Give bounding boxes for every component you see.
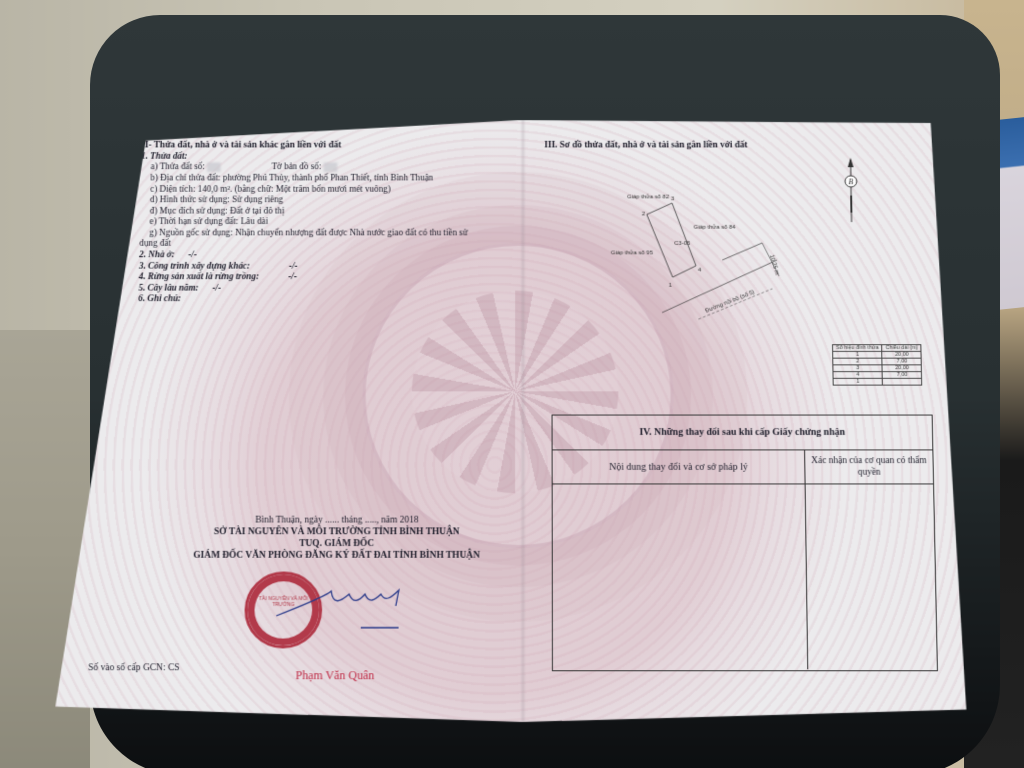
svg-text:4: 4 <box>698 268 702 274</box>
handwritten-signature <box>271 576 421 635</box>
origin-row: g) Nguồn gốc sử dụng: Nhận chuyển nhượng… <box>139 229 529 240</box>
land-heading: 1. Thửa đất: <box>141 152 530 163</box>
table-row: 120,00 <box>833 351 922 358</box>
col-vertex: Số hiệu đỉnh thửa <box>833 345 883 352</box>
forest-row: 4. Rừng sản xuất là rừng trồng:-/- <box>139 273 530 284</box>
svg-text:B: B <box>848 177 853 186</box>
parcel-number-row: a) Thửa đất số: Tờ bản đồ số: <box>141 163 530 174</box>
section-3-title: III. Sơ đồ thửa đất, nhà ở và tài sản gắ… <box>544 141 747 150</box>
signature-block: Bình Thuận, ngày ...... tháng ....., năm… <box>158 515 515 562</box>
svg-text:2: 2 <box>642 212 645 218</box>
usage-form-row: d) Hình thức sử dụng: Sử dụng riêng <box>140 196 530 207</box>
signer-title: GIÁM ĐỐC VĂN PHÒNG ĐĂNG KÝ ĐẤT ĐAI TỈNH … <box>158 550 515 562</box>
svg-text:1: 1 <box>669 283 672 289</box>
note-row: 6. Ghi chú: <box>138 295 530 306</box>
svg-text:C3-05: C3-05 <box>674 241 691 247</box>
svg-text:Giáp thửa số 84: Giáp thửa số 84 <box>694 224 737 231</box>
col-length: Chiều dài (m) <box>882 345 921 352</box>
origin-row-cont: dụng đất <box>139 240 530 251</box>
col-change-content: Nội dung thay đổi và cơ sở pháp lý <box>553 450 806 483</box>
svg-text:Giáp thửa số 82: Giáp thửa số 82 <box>627 194 669 201</box>
land-certificate-document: II- Thửa đất, nhà ở và tài sản khác gắn … <box>55 120 990 722</box>
col-authority-confirmation: Xác nhận của cơ quan có thẩm quyền <box>805 450 933 483</box>
address-row: b) Địa chỉ thửa đất: phường Phú Thủy, th… <box>141 174 530 185</box>
change-content-cell <box>553 484 809 669</box>
section-2: II- Thửa đất, nhà ở và tài sản khác gắn … <box>138 141 530 306</box>
house-row: 2. Nhà ở:-/- <box>139 251 530 262</box>
svg-text:Đường nội bộ (số 5): Đường nội bộ (số 5) <box>705 290 756 315</box>
svg-text:3: 3 <box>671 196 675 202</box>
edge-lengths-table: Số hiệu đỉnh thửa Chiều dài (m) 120,00 2… <box>832 344 923 385</box>
signer-name: Phạm Văn Quân <box>295 668 374 683</box>
usage-purpose-row: đ) Mục đích sử dụng: Đất ở tại đô thị <box>140 207 530 218</box>
section-2-title: II- Thửa đất, nhà ở và tài sản khác gắn … <box>141 141 530 152</box>
table-row: 47,00 <box>833 372 922 379</box>
registry-number: Số vào sổ cấp GCN: CS <box>88 663 180 673</box>
issuing-department: SỞ TÀI NGUYÊN VÀ MÔI TRƯỜNG TỈNH BÌNH TH… <box>158 526 515 538</box>
area-row: c) Diện tích: 140,0 m². (bằng chữ: Một t… <box>140 185 529 196</box>
section-4-changes-table: IV. Những thay đổi sau khi cấp Giấy chứn… <box>552 415 938 672</box>
usage-term-row: e) Thời hạn sử dụng đất: Lâu dài <box>140 218 530 229</box>
svg-text:10,25 m: 10,25 m <box>768 254 779 276</box>
svg-text:Giáp thửa số 95: Giáp thửa số 95 <box>611 250 654 257</box>
north-arrow-icon: B <box>841 158 862 224</box>
perennial-row: 5. Cây lâu năm:-/- <box>138 284 529 295</box>
table-row: 1 <box>833 378 922 385</box>
table-row: 320,00 <box>833 365 922 372</box>
authorization-line: TUQ. GIÁM ĐỐC <box>158 538 515 550</box>
table-row: 27,00 <box>833 358 922 365</box>
redacted-map-sheet <box>323 163 337 172</box>
redacted-parcel-number <box>207 163 221 172</box>
place-date: Bình Thuận, ngày ...... tháng ....., năm… <box>159 515 515 527</box>
other-construction-row: 3. Công trình xây dựng khác:-/- <box>139 262 530 273</box>
parcel-diagram: Giáp thửa số 82 2 3 4 1 C3-05 Giáp thửa … <box>598 191 824 343</box>
section-4-title: IV. Những thay đổi sau khi cấp Giấy chứn… <box>553 416 933 451</box>
